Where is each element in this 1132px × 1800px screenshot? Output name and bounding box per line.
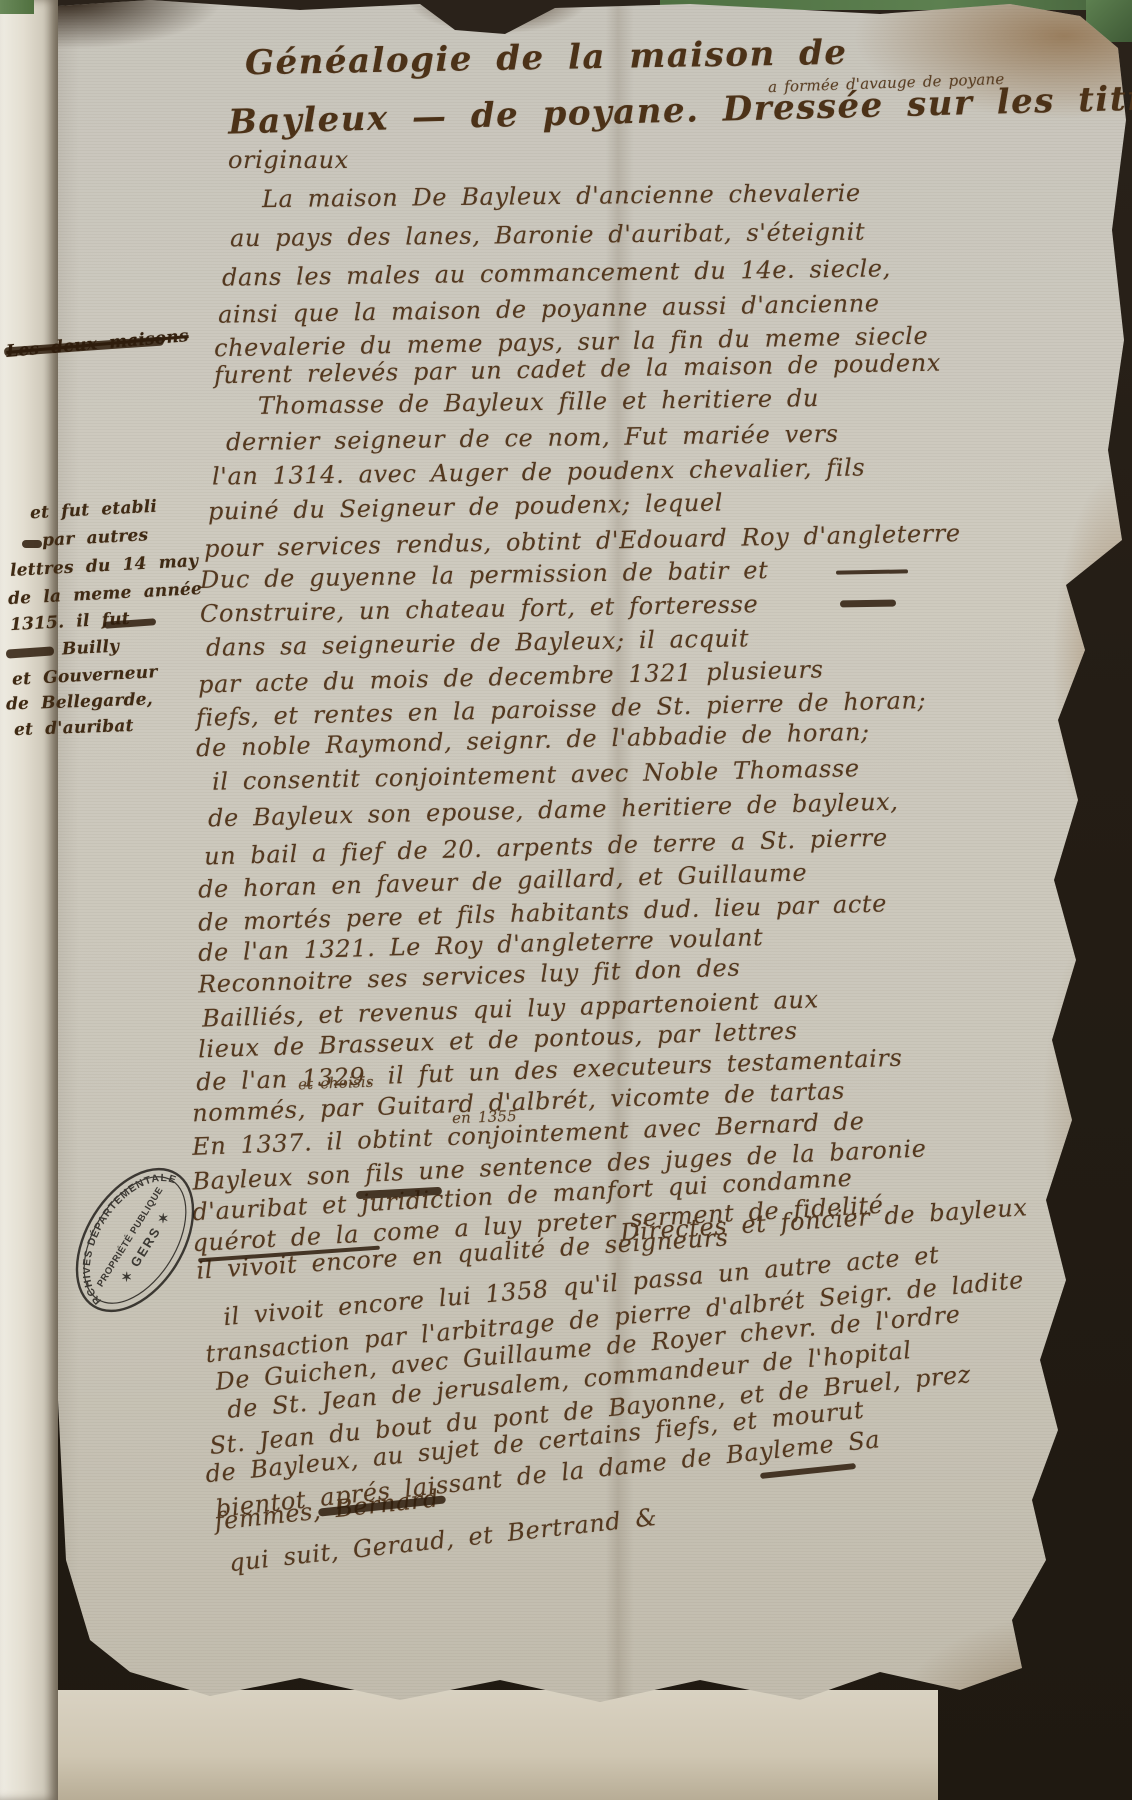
- ink-scribble: [840, 600, 896, 608]
- interlinear-addition: en 1355: [452, 1107, 517, 1127]
- interlinear-addition: et choisis: [298, 1073, 374, 1094]
- photograph-of-manuscript: Généalogie de la maison de a formée d'av…: [0, 0, 1132, 1800]
- margin-note-line: et d'auribat: [14, 716, 134, 740]
- underlying-page-edge: [58, 1690, 938, 1800]
- book-page-edge: [0, 0, 58, 1800]
- manuscript-title-line: originaux: [228, 146, 349, 174]
- green-cover-topleft: [0, 0, 34, 14]
- ink-scribble: [22, 540, 42, 548]
- margin-note-line: Builly: [62, 637, 120, 660]
